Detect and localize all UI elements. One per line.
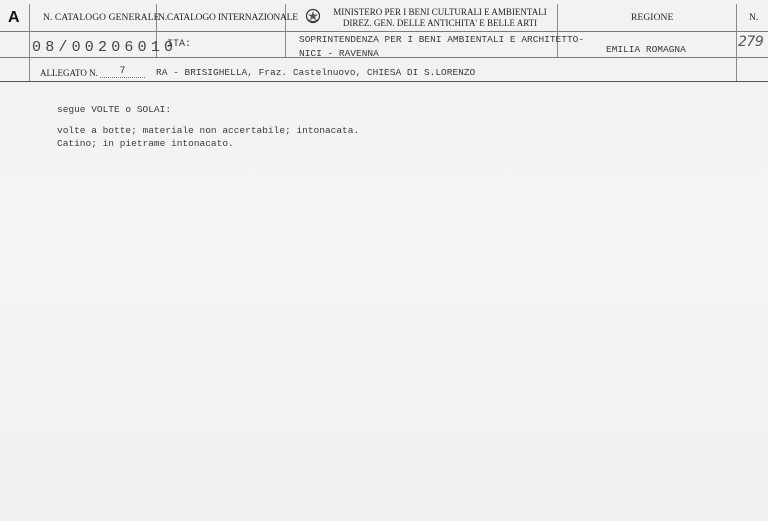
soprintendenza: SOPRINTENDENZA PER I BENI AMBIENTALI E A… — [299, 33, 584, 61]
catalog-international-label: N.CATALOGO INTERNAZIONALE — [158, 13, 298, 23]
number-label: N. — [749, 13, 758, 23]
allegato-label: ALLEGATO N. — [40, 68, 98, 78]
body-heading: segue VOLTE o SOLAI: — [57, 103, 171, 116]
ministry-line-2: DIREZ. GEN. DELLE ANTICHITA' E BELLE ART… — [320, 18, 560, 29]
divider-col-international — [285, 4, 286, 57]
region-value: EMILIA ROMAGNA — [606, 44, 686, 55]
ministry-heading: MINISTERO PER I BENI CULTURALI E AMBIENT… — [320, 7, 560, 29]
card-number-value: 279 — [738, 34, 763, 50]
location: RA - BRISIGHELLA, Fraz. Castelnuovo, CHI… — [156, 67, 475, 78]
divider-bottom-row — [0, 81, 768, 82]
catalog-card: A N. CATALOGO GENERALE N.CATALOGO INTERN… — [0, 0, 768, 521]
divider-col-a — [29, 4, 30, 81]
soprintendenza-line-1: SOPRINTENDENZA PER I BENI AMBIENTALI E A… — [299, 33, 584, 47]
divider-col-region — [736, 4, 737, 81]
italian-republic-emblem-icon — [305, 8, 321, 24]
body-line-2: Catino; in pietrame intonacato. — [57, 137, 234, 150]
ministry-line-1: MINISTERO PER I BENI CULTURALI E AMBIENT… — [320, 7, 560, 18]
region-label: REGIONE — [631, 13, 673, 23]
catalog-general-label: N. CATALOGO GENERALE — [43, 13, 160, 23]
catalog-international-value: ITA: — [167, 39, 191, 50]
body-line-1: volte a botte; materiale non accertabile… — [57, 124, 359, 137]
catalog-general-value: 08/00206010 — [32, 39, 177, 56]
divider-top-row — [0, 31, 768, 32]
allegato-value: 7 — [100, 66, 145, 78]
section-letter: A — [8, 9, 20, 27]
soprintendenza-line-2: NICI - RAVENNA — [299, 47, 584, 61]
